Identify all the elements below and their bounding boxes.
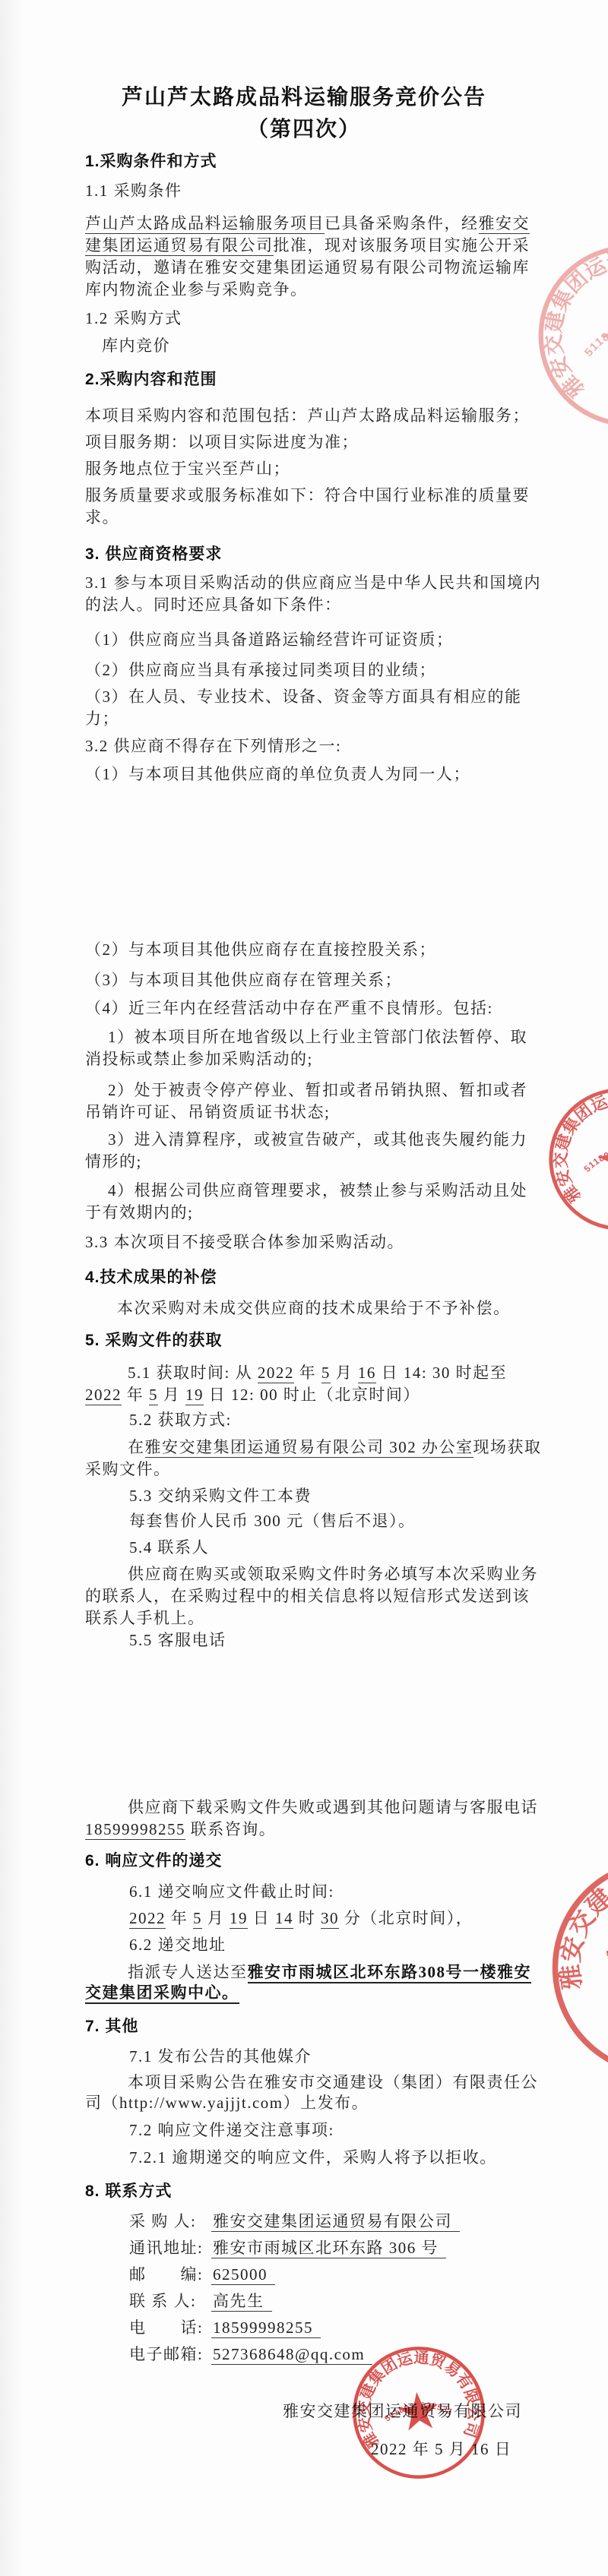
bad-record-item-3: 3）进入清算程序，或被宣告破产，或其他丧失履约能力情形的;	[85, 1129, 543, 1173]
contact-label: 电子邮箱:	[129, 2344, 211, 2366]
qualification-item-1: （1）供应商应当具备道路运输经营许可证资质；	[85, 629, 543, 651]
para-5-3-document-fee: 每套售价人民币 300 元（售后不退）。	[129, 1510, 587, 1532]
contact-label: 邮 编:	[129, 2264, 211, 2286]
text-segment: 在	[128, 1438, 145, 1456]
svg-text:5118025022531: 5118025022531	[600, 1931, 608, 1998]
svg-text:5118025022531: 5118025022531	[578, 305, 608, 361]
section-1-1-subheading: 1.1 采购条件	[85, 180, 543, 202]
para-5-2-obtain-place: 在雅安交建集团运通贸易有限公司 302 办公室现场获取采购文件。	[85, 1437, 543, 1481]
section-4-heading: 4.技术成果的补偿	[85, 1265, 217, 1288]
para-4-compensation: 本次采购对未成交供应商的技术成果给于不予补偿。	[85, 1297, 543, 1320]
section-3-heading: 3. 供应商资格要求	[85, 542, 222, 564]
section-6-1-subheading: 6.1 递交响应文件截止时间:	[129, 1881, 587, 1903]
contact-row-postcode: 邮 编:625000	[129, 2264, 587, 2286]
text-segment: 年	[294, 1364, 321, 1382]
page-title-line1: 芦山芦太路成品料运输服务竞价公告	[0, 81, 608, 111]
contact-value: 625000	[211, 2265, 275, 2285]
text-segment: 年	[122, 1386, 149, 1404]
text-segment: 5.1 获取时间: 从	[128, 1364, 258, 1382]
section-6-heading: 6. 响应文件的递交	[85, 1848, 222, 1871]
scope-line-quality: 服务质量要求或服务标准如下：符合中国行业标准的质量要求。	[85, 485, 543, 529]
month-underlined: 5	[149, 1386, 158, 1405]
text-segment: 日 14: 30 时起至	[376, 1364, 507, 1382]
para-7-1-media: 本项目采购公告在雅安市交通建设（集团）有限责任公司（http://www.yaj…	[85, 2072, 543, 2113]
section-3-2-subheading: 3.2 供应商不得存在下列情形之一:	[85, 735, 543, 757]
year-underlined: 2022	[129, 1909, 166, 1929]
month-underlined: 5	[193, 1909, 202, 1929]
restriction-item-1: （1）与本项目其他供应商的单位负责人为同一人；	[85, 763, 543, 785]
scope-line-service-period: 项目服务期：以项目实际进度为准；	[85, 431, 543, 454]
svg-text:5118025022531: 5118025022531	[580, 1139, 608, 1176]
scope-line-location: 服务地点位于宝兴至芦山；	[85, 458, 543, 480]
section-5-5-subheading: 5.5 客服电话	[129, 1629, 587, 1651]
page-title-line2: （第四次）	[0, 112, 608, 143]
restriction-item-2: （2）与本项目其他供应商存在直接控股关系；	[85, 939, 543, 961]
contact-row-phone: 电 话:18599998255	[129, 2317, 587, 2339]
contact-value: 雅安交建集团运通贸易有限公司	[211, 2212, 460, 2232]
contact-label: 通讯地址:	[129, 2237, 211, 2259]
text-segment: 联系咨询。	[185, 1820, 276, 1838]
para-3-1: 3.1 参与本项目采购活动的供应商应当是中华人民共和国境内的法人。同时还应具备如…	[85, 572, 543, 616]
year-underlined: 2022	[85, 1386, 122, 1405]
text-segment: 已具备采购条件，经	[325, 214, 479, 232]
section-5-3-subheading: 5.3 交纳采购文件工本费	[129, 1485, 587, 1507]
signature-company: 雅安交建集团运通贸易有限公司	[283, 2399, 522, 2422]
contact-label: 联 系 人:	[129, 2290, 211, 2312]
month-underlined: 5	[321, 1364, 331, 1383]
contact-value: 527368648@qq.com	[211, 2345, 372, 2365]
text-segment: 指派专人送达至	[128, 1963, 248, 1981]
para-6-2-delivery-address: 指派专人送达至雅安市雨城区北环东路308号一楼雅安交建集团采购中心。	[85, 1962, 543, 2003]
seal-company-text: 雅安交建集团运通贸易有限公司	[538, 1077, 608, 1209]
text-segment: 日	[248, 1909, 275, 1927]
seal-code-text: 5118025022531	[578, 305, 608, 361]
seal-code-text: 5118025022531	[600, 1931, 608, 1998]
hour-underlined: 14	[275, 1909, 293, 1929]
contact-row-email: 电子邮箱:527368648@qq.com	[129, 2344, 587, 2366]
para-5-4-contact-note: 供应商在购买或领取采购文件时务必填写本次采购业务的联系人，在采购过程中的相关信息…	[85, 1563, 543, 1629]
section-8-heading: 8. 联系方式	[85, 2179, 172, 2201]
contact-value: 高先生	[211, 2292, 272, 2312]
project-name-underlined: 芦山芦太路成品料运输服务项目	[85, 214, 325, 234]
text-segment: 分（北京时间），	[339, 1909, 473, 1927]
section-3-3-subheading: 3.3 本次项目不接受联合体参加采购活动。	[85, 1231, 543, 1253]
text-segment: 月	[158, 1386, 185, 1404]
bad-record-item-2: 2）处于被责令停产停业、暂扣或者吊销执照、暂扣或者吊销许可证、吊销资质证书状态;	[85, 1079, 543, 1124]
day-underlined: 19	[185, 1386, 204, 1405]
text-segment: 时	[293, 1909, 321, 1927]
day-underlined: 16	[358, 1364, 376, 1383]
scanned-announcement-page: 芦山芦太路成品料运输服务竞价公告 （第四次） 1.采购条件和方式 1.1 采购条…	[0, 0, 608, 2576]
text-segment: 日 12: 00 时止（北京时间）	[204, 1386, 420, 1404]
service-phone-underlined: 18599998255	[85, 1820, 185, 1840]
bad-record-item-1: 1）被本项目所在地省级以上行业主管部门依法暂停、取消投标或禁止参加采购活动的;	[85, 1026, 543, 1070]
bad-record-item-4: 4）根据公司供应商管理要求，被禁止参与采购活动且处于有效期内的;	[85, 1180, 543, 1224]
section-7-heading: 7. 其他	[85, 2014, 138, 2037]
day-underlined: 19	[230, 1909, 248, 1929]
signature-date: 2022 年 5 月 16 日	[371, 2437, 511, 2460]
para-procurement-conditions: 芦山芦太路成品料运输服务项目已具备采购条件，经雅安交建集团运通贸易有限公司批准，…	[85, 213, 543, 301]
contact-row-person: 联 系 人:高先生	[129, 2290, 587, 2312]
restriction-item-4: （4）近三年内在经营活动中存在严重不良情形。包括:	[85, 997, 543, 1019]
svg-text:雅安交建集团运通贸易有限公司: 雅安交建集团运通贸易有限公司	[538, 1077, 608, 1209]
contact-row-address: 通讯地址:雅安市雨城区北环东路 306 号	[129, 2237, 587, 2259]
contact-label: 电 话:	[129, 2317, 211, 2339]
year-underlined: 2022	[258, 1364, 294, 1383]
section-1-heading: 1.采购条件和方式	[85, 149, 217, 172]
restriction-item-3: （3）与本项目其他供应商存在管理关系；	[85, 969, 543, 991]
minute-underlined: 30	[321, 1909, 339, 1929]
section-7-1-subheading: 7.1 发布公告的其他媒介	[129, 2046, 587, 2068]
text-segment: 月	[331, 1364, 358, 1382]
contact-value: 雅安市雨城区北环东路 306 号	[211, 2239, 446, 2258]
contact-row-purchaser: 采 购 人:雅安交建集团运通贸易有限公司	[129, 2211, 587, 2233]
text-segment: 年	[166, 1909, 193, 1927]
seal-code-text: 5118025022531	[580, 1139, 608, 1176]
contact-label: 采 购 人:	[129, 2211, 211, 2233]
section-5-2-subheading: 5.2 获取方式:	[129, 1409, 587, 1431]
para-5-1-obtain-time: 5.1 获取时间: 从 2022 年 5 月 16 日 14: 30 时起至 2…	[85, 1362, 543, 1406]
procurement-method-value: 库内竞价	[102, 335, 559, 357]
section-2-heading: 2.采购内容和范围	[85, 367, 217, 390]
text-segment: 供应商下载采购文件失败或遇到其他问题请与客服电话	[128, 1798, 538, 1816]
section-7-2-subheading: 7.2 响应文件递交注意事项:	[129, 2119, 587, 2141]
text-segment: 月	[202, 1909, 230, 1927]
scope-line-content: 本项目采购内容和范围包括：芦山芦太路成品料运输服务；	[85, 405, 543, 427]
company-seal-partial-middle: 雅安交建集团运通贸易有限公司 5118025022531	[532, 1071, 608, 1247]
para-7-2-1-late-rejection: 7.2.1 逾期递交的响应文件，采购人将予以拒收。	[129, 2147, 587, 2169]
section-5-heading: 5. 采购文件的获取	[85, 1328, 222, 1351]
qualification-item-2: （2）供应商应当具有承接过同类项目的业绩；	[85, 659, 543, 681]
section-6-2-subheading: 6.2 递交地址	[129, 1934, 587, 1956]
office-address-underlined: 雅安交建集团运通贸易有限公司 302 办公室	[145, 1438, 473, 1458]
para-customer-service: 供应商下载采购文件失败或遇到其他问题请与客服电话 18599998255 联系咨…	[85, 1797, 543, 1841]
para-6-1-deadline: 2022 年 5 月 19 日 14 时 30 分（北京时间），	[129, 1908, 587, 1930]
section-5-4-subheading: 5.4 联系人	[129, 1537, 587, 1559]
contact-value: 18599998255	[211, 2318, 321, 2338]
section-1-2-subheading: 1.2 采购方式	[85, 308, 543, 330]
qualification-item-3: （3）在人员、专业技术、设备、资金等方面具有相应的能力；	[85, 686, 543, 730]
